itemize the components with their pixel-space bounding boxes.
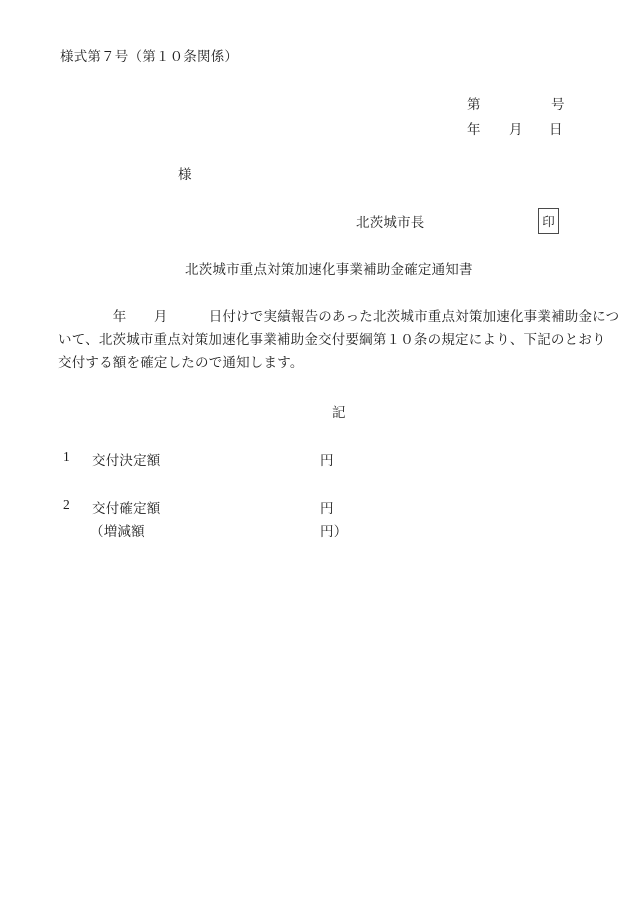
item-number: 1 (63, 449, 70, 465)
date-month-label: 月 (509, 121, 523, 138)
item-row-decided-amount: 1 交付決定額 円 (0, 449, 630, 467)
item-unit: 円 (320, 449, 334, 469)
sender-title: 北茨城市長 (356, 214, 425, 231)
document-page: 様式第７号（第１０条関係） 第 号 年 月 日 様 北茨城市長 印 北茨城市重点… (0, 0, 630, 903)
item-unit: 円） (320, 520, 347, 540)
item-label: 交付決定額 (92, 449, 161, 469)
ref-number-prefix: 第 (467, 96, 481, 113)
date-day-label: 日 (549, 121, 563, 138)
body-line: 年 月 日付けで実績報告のあった北茨城市重点対策加速化事業補助金につ (58, 308, 619, 325)
recipient-honorific: 様 (178, 166, 192, 183)
document-title: 北茨城市重点対策加速化事業補助金確定通知書 (185, 261, 473, 278)
item-unit: 円 (320, 497, 334, 517)
record-marker: 記 (332, 404, 346, 421)
item-label: （増減額 (90, 520, 145, 540)
item-row-change-amount: （増減額 円） (0, 520, 630, 538)
item-number: 2 (63, 497, 70, 513)
seal-box: 印 (538, 208, 559, 234)
item-label: 交付確定額 (92, 497, 161, 517)
body-line: 交付する額を確定したので通知します。 (58, 354, 304, 371)
form-number: 様式第７号（第１０条関係） (60, 48, 238, 65)
body-line: いて、北茨城市重点対策加速化事業補助金交付要綱第１０条の規定により、下記のとおり (58, 331, 606, 348)
ref-number-suffix: 号 (551, 96, 565, 113)
seal-label: 印 (542, 212, 555, 230)
item-row-confirmed-amount: 2 交付確定額 円 (0, 497, 630, 515)
date-year-label: 年 (467, 121, 481, 138)
